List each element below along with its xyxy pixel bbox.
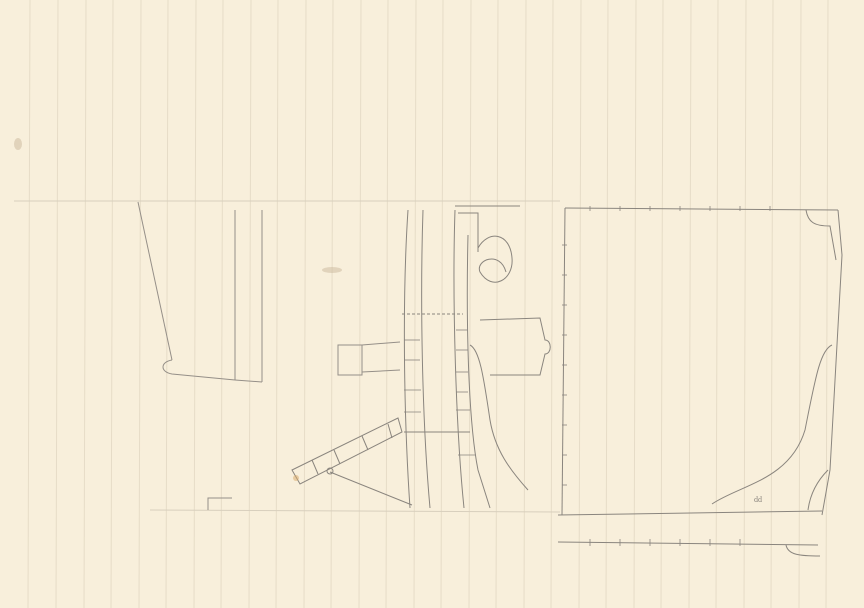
ruled-lines [28,0,828,608]
paper-stains [14,138,342,481]
sketch-drawing: dd [0,0,864,608]
sketch-sheet: dd [0,0,864,608]
ladder-sketch [292,418,412,505]
sketch-label: dd [754,495,762,504]
left-profile-sketch [138,202,400,510]
central-frame-sketch [402,206,550,508]
